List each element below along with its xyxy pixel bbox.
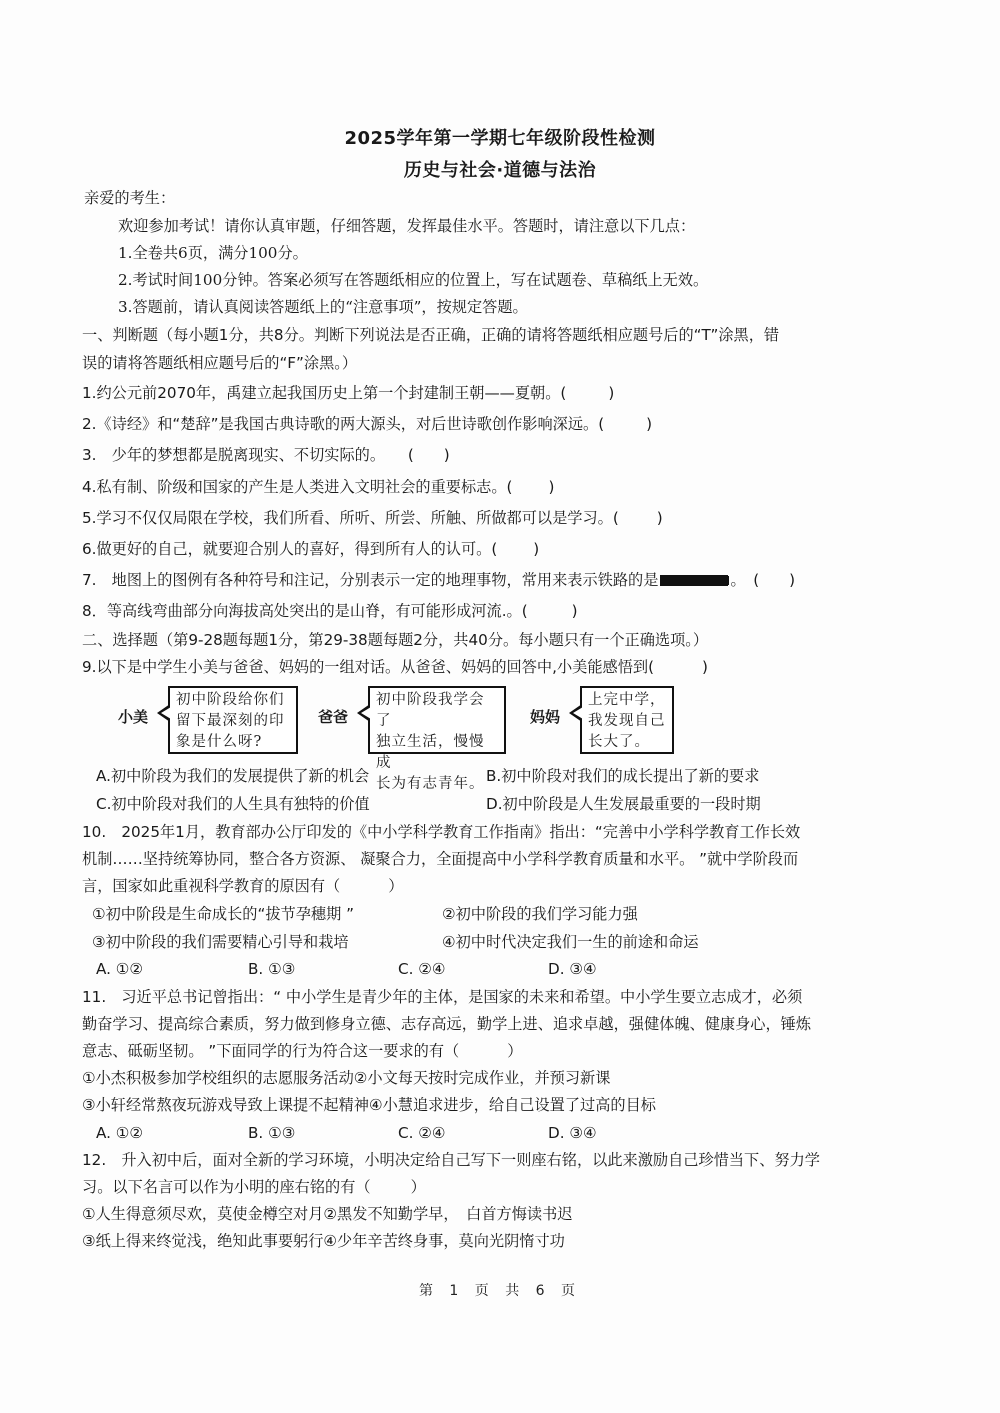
- q10-line3: 言，国家如此重视科学教育的原因有（）: [82, 876, 403, 896]
- speaker-dad: 爸爸: [318, 706, 348, 727]
- note-2: 2.考试时间100分钟。答案必须写在答题纸相应的位置上，写在试题卷、草稿纸上无效…: [118, 270, 708, 290]
- q12-items-line1: ①人生得意须尽欢，莫使金樽空对月②黑发不知勤学早， 白首方悔读书迟: [82, 1204, 572, 1224]
- question-1: 1.约公元前2070年，禹建立起我国历史上第一个封建制王朝——夏朝。(): [82, 383, 614, 403]
- question-3: 3. 少年的梦想都是脱离现实、不切实际的。 (): [82, 445, 450, 465]
- q9-option-b: B.初中阶段对我们的成长提出了新的要求: [486, 766, 759, 786]
- note-1: 1.全卷共6页，满分100分。: [118, 243, 308, 263]
- q9-option-c: C.初中阶段对我们的人生具有独特的价值: [96, 794, 370, 814]
- speaker-xiaomei: 小美: [118, 706, 148, 727]
- question-8: 8．等高线弯曲部分向海拔高处突出的是山脊，有可能形成河流.。(): [82, 601, 578, 621]
- question-9-stem: 9.以下是中学生小美与爸爸、妈妈的一组对话。从爸爸、妈妈的回答中,小美能感悟到(…: [82, 657, 708, 677]
- speaker-mom: 妈妈: [530, 706, 560, 727]
- q11-items-line2: ③小轩经常熬夜玩游戏导致上课提不起精神④小慧追求进步，给自己设置了过高的目标: [82, 1095, 656, 1115]
- q12-items-line2: ③纸上得来终觉浅，绝知此事要躬行④少年辛苦终身事，莫向光阴惰寸功: [82, 1231, 565, 1251]
- question-6: 6.做更好的自己，就要迎合别人的喜好，得到所有人的认可。(): [82, 539, 539, 559]
- dialog-figure: 小美 初中阶段给你们 留下最深刻的印 象是什么呀? 爸爸 初中阶段我学会了 独立…: [116, 686, 696, 756]
- q10-option-d: D. ③④: [548, 959, 597, 979]
- q10-line1: 10. 2025年1月，教育部办公厅印发的《中小学科学教育工作指南》指出：“完善…: [82, 822, 800, 842]
- exam-subtitle: 历史与社会·道德与法治: [0, 156, 1000, 182]
- greeting: 亲爱的考生：: [84, 188, 175, 208]
- q11-option-a: A. ①②: [96, 1123, 143, 1143]
- q9-option-d: D.初中阶段是人生发展最重要的一段时期: [486, 794, 761, 814]
- railway-symbol-icon: [660, 575, 728, 586]
- q11-items-line1: ①小杰积极参加学校组织的志愿服务活动②小文每天按时完成作业，并预习新课: [82, 1068, 610, 1088]
- q9-option-a: A.初中阶段为我们的发展提供了新的机会: [96, 766, 369, 786]
- exam-page: 2025学年第一学期七年级阶段性检测 历史与社会·道德与法治 亲爱的考生： 欢迎…: [0, 0, 1000, 1413]
- q11-line1: 11. 习近平总书记曾指出：“ 中小学生是青少年的主体，是国家的未来和希望。中小…: [82, 987, 802, 1007]
- section1-heading-line1: 一、判断题（每小题1分，共8分。判断下列说法是否正确，正确的请将答题纸相应题号后…: [82, 325, 779, 345]
- q10-option-c: C. ②④: [398, 959, 446, 979]
- section1-heading-line2: 误的请将答题纸相应题号后的“F”涂黑。）: [82, 353, 357, 373]
- q11-line3: 意志、砥砺坚韧。 ”下面同学的行为符合这一要求的有（）: [82, 1041, 522, 1061]
- q12-line1: 12. 升入初中后，面对全新的学习环境，小明决定给自己写下一则座右铭，以此来激励…: [82, 1150, 820, 1170]
- q10-option-a: A. ①②: [96, 959, 143, 979]
- welcome-text: 欢迎参加考试！请你认真审题，仔细答题，发挥最佳水平。答题时，请注意以下几点：: [118, 216, 695, 236]
- q10-item-3: ③初中阶段的我们需要精心引导和栽培: [92, 932, 349, 952]
- question-4: 4.私有制、阶级和国家的产生是人类进入文明社会的重要标志。(): [82, 477, 554, 497]
- q11-option-b: B. ①③: [248, 1123, 295, 1143]
- q10-line2: 机制……坚持统筹协同，整合各方资源、 凝聚合力，全面提高中小学科学教育质量和水平…: [82, 849, 798, 869]
- q10-item-2: ②初中阶段的我们学习能力强: [442, 904, 638, 924]
- q11-line2: 勤奋学习、提高综合素质，努力做到修身立德、志存高远，勤学上进、追求卓越，强健体魄…: [82, 1014, 811, 1034]
- q12-line2: 习。以下名言可以作为小明的座右铭的有（）: [82, 1177, 426, 1197]
- section2-heading: 二、选择题（第9-28题每题1分，第29-38题每题2分，共40分。每小题只有一…: [82, 630, 708, 650]
- page-number: 第 1 页 共 6 页: [0, 1280, 1000, 1300]
- question-2: 2.《诗经》和“楚辞”是我国古典诗歌的两大源头，对后世诗歌创作影响深远。(): [82, 414, 652, 434]
- speech-bubble-mom: 上完中学， 我发现自己 长大了。: [580, 686, 674, 754]
- question-5: 5.学习不仅仅局限在学校，我们所看、所听、所尝、所触、所做都可以是学习。(): [82, 508, 663, 528]
- note-3: 3.答题前，请认真阅读答题纸上的“注意事项”，按规定答题。: [118, 297, 528, 317]
- speech-bubble-dad: 初中阶段我学会了 独立生活，慢慢成 长为有志青年。: [368, 686, 506, 754]
- question-7: 7. 地图上的图例有各种符号和注记，分别表示一定的地理事物，常用来表示铁路的是。…: [82, 570, 795, 590]
- exam-title: 2025学年第一学期七年级阶段性检测: [0, 124, 1000, 150]
- q11-option-d: D. ③④: [548, 1123, 597, 1143]
- q10-option-b: B. ①③: [248, 959, 295, 979]
- speech-bubble-xiaomei: 初中阶段给你们 留下最深刻的印 象是什么呀?: [168, 686, 298, 754]
- q10-item-1: ①初中阶段是生命成长的“拔节孕穗期 ”: [92, 904, 354, 924]
- q10-item-4: ④初中时代决定我们一生的前途和命运: [442, 932, 699, 952]
- q11-option-c: C. ②④: [398, 1123, 446, 1143]
